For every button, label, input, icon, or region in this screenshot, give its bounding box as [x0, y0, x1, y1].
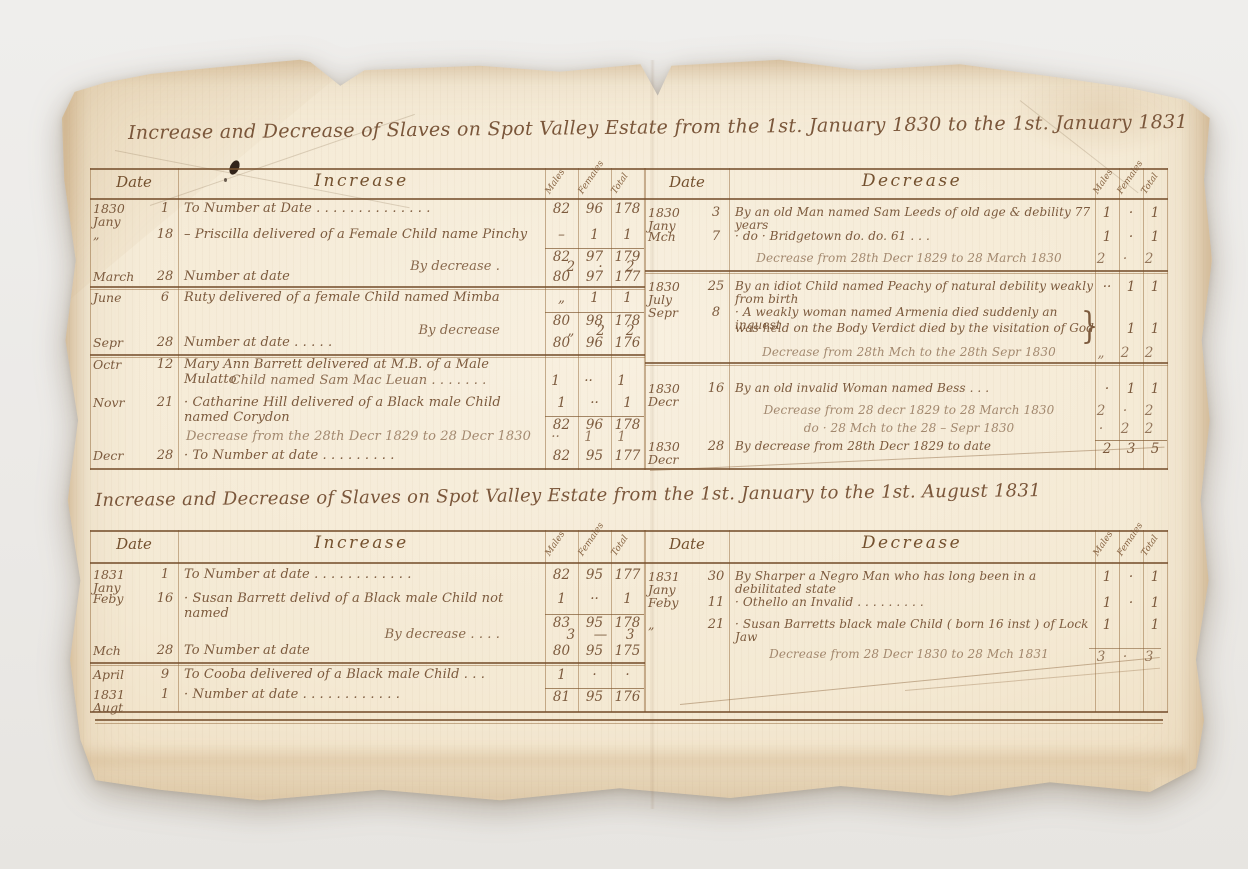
- total-value: 177: [611, 270, 644, 285]
- total-value: 1: [611, 396, 644, 411]
- females-value: ·: [1113, 252, 1137, 267]
- males-value: 2: [1089, 252, 1113, 267]
- total-value: 177: [611, 449, 644, 464]
- total-column-header: Total: [610, 172, 631, 196]
- females-value: 97: [578, 270, 611, 285]
- females-value: ·: [1113, 648, 1137, 665]
- table-row: was held on the Body Verdict died by the…: [645, 322, 1168, 337]
- description-cell: · do · Bridgetown do. do. 61 . . .: [729, 230, 1095, 243]
- total-column-header: Total: [610, 534, 631, 558]
- total-value: 1: [1143, 596, 1167, 611]
- date-cell: 1830 July: [645, 280, 703, 306]
- increase-table-1831: Date Increase Males Females Total 1831 J…: [90, 530, 645, 712]
- total-value: 1: [1143, 230, 1167, 245]
- description-cell: · Number at date . . . . . . . . . . . .: [178, 688, 545, 703]
- females-value: 1: [1119, 280, 1143, 295]
- males-value: 82: [545, 568, 578, 583]
- description-cell: do · 28 Mch to the 28 – Sepr 1830: [729, 422, 1089, 435]
- males-value: 1: [545, 592, 578, 607]
- decrease-table-1830: Date Decrease Males Females Total 1830 J…: [645, 168, 1168, 470]
- table-row: 1831 Jany 30 By Sharper a Negro Man who …: [645, 570, 1168, 597]
- increase-column-header: Increase: [178, 533, 545, 553]
- header-rule: [645, 562, 1168, 564]
- table-row: do · 28 Mch to the 28 – Sepr 1830 · 2 2: [645, 422, 1168, 437]
- date-cell: Feby: [645, 596, 703, 609]
- females-value: —: [586, 628, 616, 643]
- table-header: Date Increase Males Females Total: [90, 168, 645, 198]
- total-row: 1830 Decr 28 By decrease from 28th Decr …: [645, 440, 1168, 466]
- females-value: 96: [578, 202, 611, 217]
- total-value: 2: [1137, 404, 1161, 419]
- date-cell: „: [90, 228, 152, 241]
- males-value: ··: [1095, 280, 1119, 295]
- day-cell: 11: [703, 596, 729, 611]
- day-cell: 3: [703, 206, 729, 221]
- males-value: ··: [539, 430, 572, 445]
- description-cell: By an idiot Child named Peachy of natura…: [729, 280, 1095, 307]
- date-column-header: Date: [90, 173, 178, 191]
- row-rule: [645, 365, 1168, 366]
- females-value: ·: [1119, 206, 1143, 221]
- date-cell: March: [90, 270, 152, 283]
- table-row: Decrease from 28th Decr 1829 to 28 March…: [645, 252, 1168, 267]
- females-value: ··: [578, 396, 611, 411]
- total-value: 2: [1137, 346, 1161, 361]
- females-value: ·: [578, 668, 611, 683]
- females-value: 2: [1113, 422, 1137, 437]
- header-rule: [90, 198, 645, 200]
- total-value: 2: [1137, 422, 1161, 437]
- males-value: 1: [1095, 230, 1119, 245]
- males-value: 1: [1095, 206, 1119, 221]
- description-cell: To Cooba delivered of a Black male Child…: [178, 668, 545, 683]
- closing-rule: [95, 719, 1163, 721]
- total-value: 1: [1143, 206, 1167, 221]
- decrease-column-header: Decrease: [729, 533, 1095, 553]
- table-row: Feby 11 · Othello an Invalid . . . . . .…: [645, 596, 1168, 611]
- day-cell: 16: [152, 592, 178, 607]
- males-value: –: [545, 228, 578, 243]
- description-cell: Decrease from the 28th Decr 1829 to 28 D…: [178, 430, 539, 445]
- males-value: 80: [545, 336, 578, 351]
- males-value: ·: [1095, 382, 1119, 397]
- day-cell: 1: [152, 202, 178, 217]
- total-value: ·: [611, 668, 644, 683]
- table-row: 1830 Jany 1 To Number at Date . . . . . …: [90, 202, 645, 228]
- total-value: 177: [611, 568, 644, 583]
- table-row: „ 18 – Priscilla delivered of a Female C…: [90, 228, 645, 243]
- total-column-header: Total: [1140, 534, 1161, 558]
- table-header: Date Increase Males Females Total: [90, 530, 645, 560]
- description-cell: Decrease from 28th Mch to the 28th Sepr …: [729, 346, 1089, 359]
- total-value: 175: [611, 644, 644, 659]
- description-cell: To Number at date: [178, 644, 545, 659]
- photo-background: Increase and Decrease of Slaves on Spot …: [0, 0, 1248, 869]
- date-cell: 1831 Augt: [90, 688, 152, 714]
- males-value: 1: [1095, 596, 1119, 611]
- date-cell: Decr: [90, 449, 152, 462]
- day-cell: 16: [703, 382, 729, 397]
- date-cell: Novr: [90, 396, 152, 409]
- table-row: Child named Sam Mac Leuan . . . . . . . …: [90, 374, 645, 389]
- total-value: 1: [605, 374, 638, 389]
- day-cell: 30: [703, 570, 729, 585]
- day-cell: 28: [152, 449, 178, 464]
- day-cell: 28: [152, 336, 178, 351]
- males-value: 1: [1095, 618, 1119, 633]
- total-column-header: Total: [1140, 172, 1161, 196]
- females-value: ·: [1119, 570, 1143, 585]
- brace-mark: }: [1081, 307, 1098, 348]
- total-value: 1: [1143, 570, 1167, 585]
- description-cell: Number at date . . . . .: [178, 336, 545, 351]
- row-rule: [645, 270, 1168, 272]
- description-cell: Decrease from 28 decr 1829 to 28 March 1…: [729, 404, 1089, 417]
- closing-rule: [95, 723, 1163, 724]
- table-header: Date Decrease Males Females Total: [645, 530, 1168, 560]
- males-value: 1: [539, 374, 572, 389]
- males-column-header: Males: [544, 530, 568, 558]
- description-cell: · Othello an Invalid . . . . . . . . .: [729, 596, 1095, 609]
- males-value: „: [1089, 346, 1113, 361]
- males-value: 2: [1089, 404, 1113, 419]
- day-cell: 1: [152, 688, 178, 703]
- table-border: [645, 711, 1168, 713]
- day-cell: 9: [152, 668, 178, 683]
- males-value: 80: [545, 270, 578, 285]
- date-cell: 1830 Jany: [90, 202, 152, 228]
- females-value: 95: [578, 688, 611, 705]
- decrease-table-1831: Date Decrease Males Females Total 1831 J…: [645, 530, 1168, 712]
- males-column-header: Males: [1092, 168, 1116, 196]
- day-cell: 6: [152, 291, 178, 306]
- row-rule: [90, 354, 645, 356]
- description-cell: Decrease from 28th Decr 1829 to 28 March…: [729, 252, 1089, 265]
- females-value: 95: [578, 568, 611, 583]
- females-value: ··: [572, 374, 605, 389]
- description-cell: · To Number at date . . . . . . . . .: [178, 449, 545, 464]
- males-value: 1: [545, 396, 578, 411]
- table-border: [645, 468, 1168, 470]
- total-value: 3: [615, 628, 645, 643]
- total-value: 1: [1143, 382, 1167, 397]
- date-column-header: Date: [90, 535, 178, 553]
- males-value: „: [545, 291, 578, 306]
- males-value: 80: [545, 644, 578, 659]
- females-value: ··: [578, 592, 611, 607]
- table-border: [90, 468, 645, 470]
- males-value: 82: [545, 202, 578, 217]
- date-cell: 1830 Decr: [645, 440, 703, 466]
- total-value: 1: [611, 228, 644, 243]
- table-row: Mch 28 To Number at date 80 95 175: [90, 644, 645, 659]
- description-cell: – Priscilla delivered of a Female Child …: [178, 228, 545, 243]
- males-value: 1: [545, 668, 578, 683]
- day-cell: 18: [152, 228, 178, 243]
- total-value: 1: [1143, 322, 1167, 337]
- table-row: Decrease from the 28th Decr 1829 to 28 D…: [90, 430, 645, 445]
- date-column-header: Date: [645, 173, 729, 191]
- date-cell: Mch: [645, 230, 703, 243]
- description-cell: To Number at date . . . . . . . . . . . …: [178, 568, 545, 583]
- header-rule: [90, 562, 645, 564]
- description-cell: Decrease from 28 Decr 1830 to 28 Mch 183…: [729, 648, 1089, 661]
- females-value: ·: [1119, 230, 1143, 245]
- date-cell: Mch: [90, 644, 152, 657]
- table-row: Decrease from 28th Mch to the 28th Sepr …: [645, 346, 1168, 361]
- males-value: 3: [556, 628, 586, 643]
- date-cell: Octr: [90, 358, 152, 371]
- table-row: Mch 7 · do · Bridgetown do. do. 61 . . .…: [645, 230, 1168, 245]
- males-column-header: Males: [544, 168, 568, 196]
- total-value: 1: [611, 291, 644, 306]
- males-value: 82: [545, 449, 578, 464]
- row-rule: [90, 286, 645, 288]
- day-cell: 28: [152, 270, 178, 285]
- males-value: 1: [1095, 570, 1119, 585]
- day-cell: 28: [703, 440, 729, 455]
- description-cell: was held on the Body Verdict died by the…: [729, 322, 1095, 335]
- increase-table-1830: Date Increase Males Females Total 1830 J…: [90, 168, 645, 470]
- row-rule: [645, 273, 1168, 274]
- table-row: June 6 Ruty delivered of a female Child …: [90, 291, 645, 306]
- females-value: 1: [1119, 322, 1143, 337]
- females-value: 95: [578, 449, 611, 464]
- females-value: 2: [1113, 346, 1137, 361]
- females-value: ·: [1119, 596, 1143, 611]
- total-value: 5: [1143, 440, 1167, 457]
- date-cell: 1831 Jany: [645, 570, 703, 596]
- females-value: 95: [578, 644, 611, 659]
- table-row: March 28 Number at date 80 97 177: [90, 270, 645, 285]
- table-row: By decrease . . . . 3 — 3: [90, 628, 645, 643]
- table-header: Date Decrease Males Females Total: [645, 168, 1168, 198]
- date-cell: Sepr: [90, 336, 152, 349]
- description-cell: Number at date: [178, 270, 545, 285]
- table-row: 1830 July 25 By an idiot Child named Pea…: [645, 280, 1168, 307]
- males-value: 81: [545, 688, 578, 705]
- row-rule: [90, 662, 645, 664]
- total-value: 2: [1137, 252, 1161, 267]
- females-value: 1: [572, 430, 605, 445]
- date-cell: Sepr: [645, 306, 703, 319]
- total-value: 1: [611, 592, 644, 607]
- decrease-column-header: Decrease: [729, 171, 1095, 191]
- total-value: 176: [611, 336, 644, 351]
- description-cell: Ruty delivered of a female Child named M…: [178, 291, 545, 306]
- description-cell: To Number at Date . . . . . . . . . . . …: [178, 202, 545, 217]
- males-value: ·: [1089, 422, 1113, 437]
- females-value: 1: [1119, 382, 1143, 397]
- description-cell: · Susan Barretts black male Child ( born…: [729, 618, 1095, 645]
- table-row: 1831 Augt 1 · Number at date . . . . . .…: [90, 688, 645, 714]
- total-value: 176: [611, 688, 644, 705]
- row-rule: [90, 665, 645, 666]
- day-cell: 25: [703, 280, 729, 295]
- description-cell: By an old invalid Woman named Bess . . .: [729, 382, 1095, 395]
- increase-column-header: Increase: [178, 171, 545, 191]
- date-cell: April: [90, 668, 152, 681]
- total-value: 1: [605, 430, 638, 445]
- day-cell: 1: [152, 568, 178, 583]
- day-cell: 28: [152, 644, 178, 659]
- females-value: 1: [578, 228, 611, 243]
- day-cell: 21: [152, 396, 178, 411]
- total-value: 178: [611, 202, 644, 217]
- table-row: Sepr 28 Number at date . . . . . 80 96 1…: [90, 336, 645, 351]
- day-cell: 12: [152, 358, 178, 373]
- date-cell: June: [90, 291, 152, 304]
- day-cell: 7: [703, 230, 729, 245]
- females-value: 96: [578, 336, 611, 351]
- total-row: Decrease from 28 Decr 1830 to 28 Mch 183…: [645, 648, 1168, 665]
- description-cell: By Sharper a Negro Man who has long been…: [729, 570, 1095, 597]
- description-cell: Child named Sam Mac Leuan . . . . . . .: [178, 374, 539, 389]
- females-value: ·: [1113, 404, 1137, 419]
- table-row: „ 21 · Susan Barretts black male Child (…: [645, 618, 1168, 645]
- table-row: April 9 To Cooba delivered of a Black ma…: [90, 668, 645, 683]
- table-row: Decr 28 · To Number at date . . . . . . …: [90, 449, 645, 464]
- date-cell: „: [645, 618, 703, 631]
- row-rule: [645, 362, 1168, 364]
- total-value: 1: [1143, 618, 1167, 633]
- total-value: 1: [1143, 280, 1167, 295]
- date-column-header: Date: [645, 535, 729, 553]
- day-cell: 21: [703, 618, 729, 633]
- males-column-header: Males: [1092, 530, 1116, 558]
- date-cell: Feby: [90, 592, 152, 605]
- table-row: Decrease from 28 decr 1829 to 28 March 1…: [645, 404, 1168, 419]
- day-cell: 8: [703, 306, 729, 321]
- females-value: 1: [578, 291, 611, 306]
- description-cell: By decrease . . . .: [169, 628, 556, 643]
- header-rule: [645, 198, 1168, 200]
